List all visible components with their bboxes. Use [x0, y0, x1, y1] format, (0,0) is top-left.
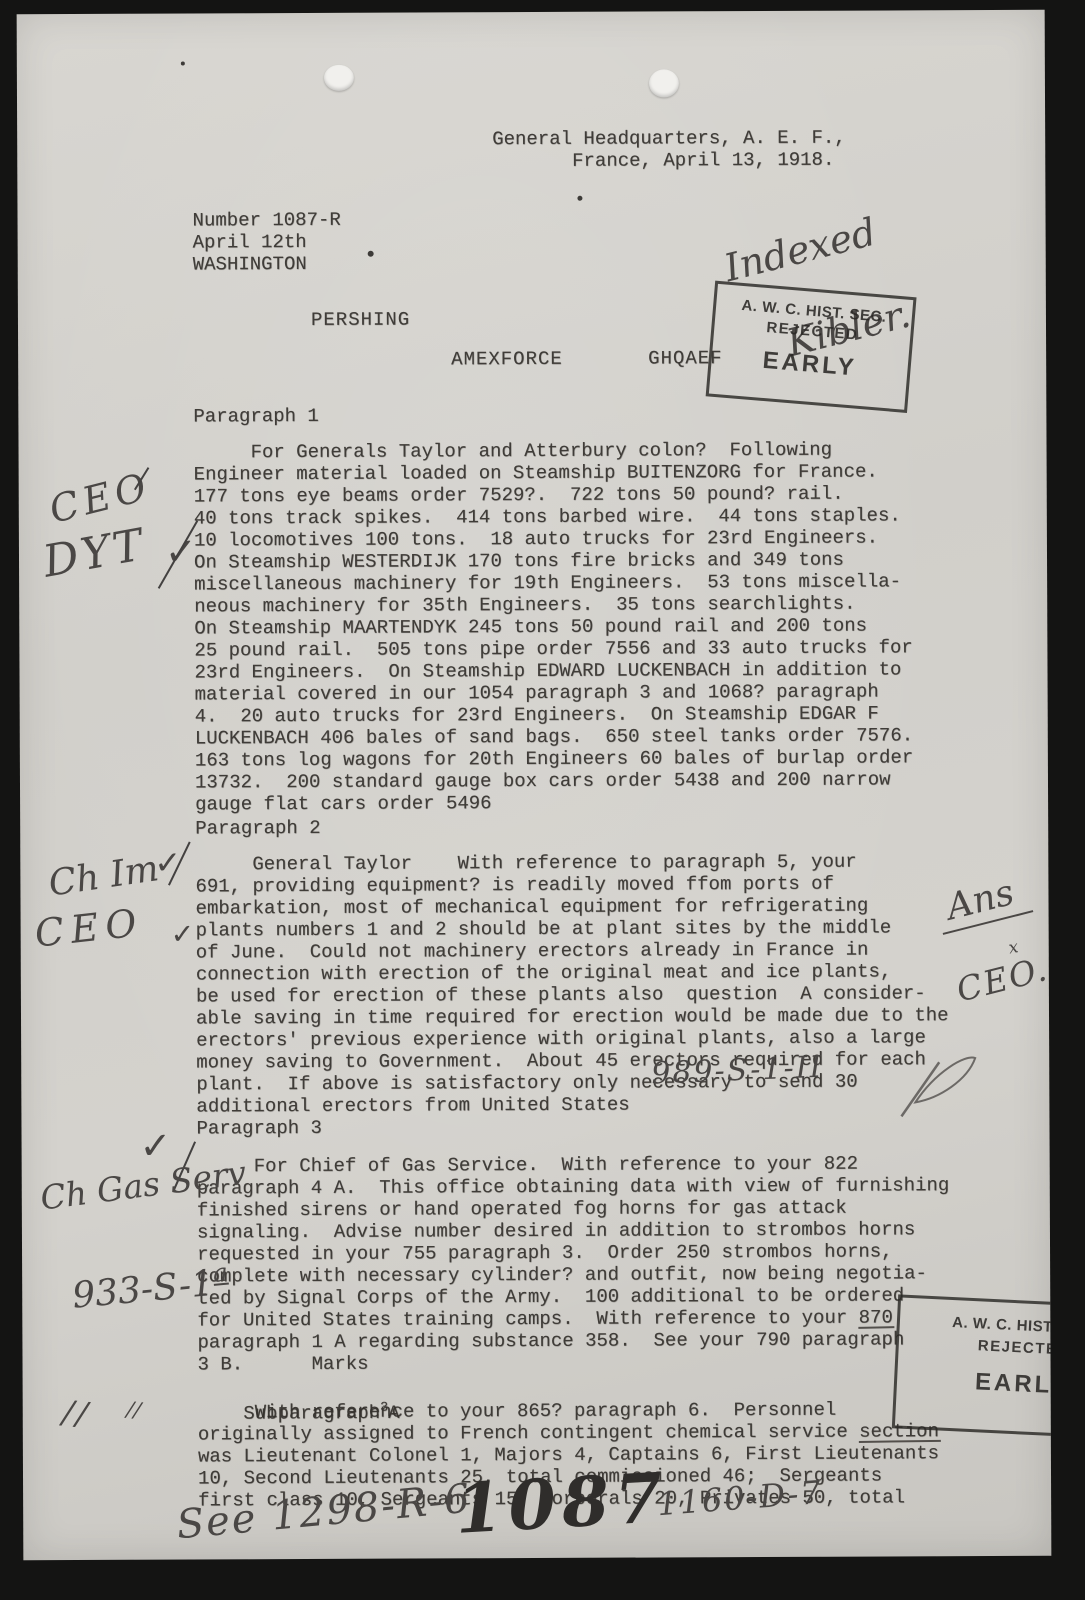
addressee: AMEXFORCE: [451, 348, 563, 370]
stamp-line3: EARLY: [711, 343, 909, 387]
margin-note-ceo-mid: CEO: [33, 900, 146, 956]
ditto-mark-left: //: [61, 1393, 92, 1434]
margin-note-ch-im: Ch Im: [46, 848, 161, 904]
margin-file-number: 933-S-1a: [21, 1217, 235, 1362]
letterhead: General Headquarters, A. E. F., France, …: [492, 127, 846, 173]
paragraph3-body: For Chief of Gas Service. With reference…: [197, 1152, 950, 1375]
check-mark-ch-im: ✓: [154, 844, 181, 882]
answered-word: Ans: [932, 868, 1033, 934]
bottom-document-number: 1087: [453, 1458, 670, 1550]
paragraph2-heading: Paragraph 2: [195, 817, 321, 840]
paragraph1-body: For Generals Taylor and Atterbury colon?…: [193, 438, 913, 815]
paragraph2-file-reference: 989-S-1-II: [651, 1050, 824, 1092]
paragraph1-heading: Paragraph 1: [193, 405, 319, 428]
stamp-line2: REJECTED: [899, 1334, 1052, 1363]
rejected-stamp-bottom: A. W. C. HIST. SEC. REJECTED EARLY: [892, 1294, 1052, 1440]
punch-hole-right: [649, 69, 679, 97]
answered-office: CEO.: [953, 949, 1052, 1010]
paragraph3-heading: Paragraph 3: [196, 1117, 322, 1140]
ditto-mark-right: //: [126, 1397, 142, 1422]
sender-signature: PERSHING: [311, 309, 410, 331]
paragraph2-body: General Taylor With reference to paragra…: [195, 850, 949, 1117]
paper-speck: [577, 196, 582, 201]
document-page: General Headquarters, A. E. F., France, …: [17, 10, 1052, 1560]
check-mark-ceo-mid: ✓: [171, 917, 195, 950]
rejected-stamp-top: A. W. C. HIST. SEC. REJECTED EARLY: [706, 281, 917, 413]
scan-background: { "document": { "header_lines": ["Genera…: [0, 0, 1085, 1600]
paper-speck: [181, 62, 185, 66]
cable-number-block: Number 1087-R April 12th WASHINGTON: [192, 209, 341, 276]
file-number-suffix: a: [211, 1258, 229, 1288]
indexed-word: Indexed: [720, 210, 881, 291]
received-office-mark: GHQAEF: [648, 347, 723, 369]
check-mark-gas: ✓: [139, 1124, 171, 1168]
paper-speck: [368, 251, 374, 257]
punch-hole-left: [324, 65, 354, 91]
stamp-line3: EARLY: [897, 1364, 1052, 1404]
file-number: 933-S-1: [71, 1263, 216, 1317]
